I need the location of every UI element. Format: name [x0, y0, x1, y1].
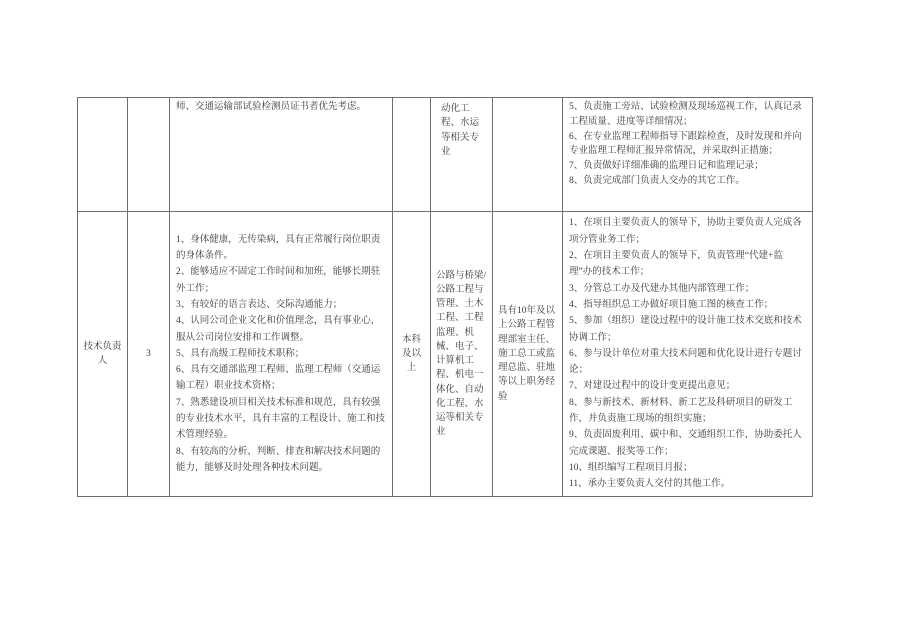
duty-item: 8、负责完成部门负责人交办的其它工作。 — [569, 174, 806, 189]
duty-item: 7、对建设过程中的设计变更提出意见； — [569, 378, 806, 394]
table-row-continuation: 师、交通运输部试验检测员证书者优先考虑。 动化工程、水运等相关专业 5、负责施工… — [78, 98, 813, 212]
experience-cell: 具有10年及以上公路工程管理部室主任、施工总工或监理总监、驻地等以上职务经验 — [493, 212, 563, 497]
headcount-cell: 3 — [128, 212, 170, 497]
duty-item: 8、参与新技术、新材料、新工艺及科研项目的研发工作，并负责施工现场的组织实施； — [569, 395, 806, 428]
requirement-item: 3、有较好的语言表达、交际沟通能力； — [176, 297, 386, 313]
duty-item: 6、在专业监理工程师指导下跟踪检查，及时发现和并向专业监理工程师汇报异常情况，并… — [569, 130, 806, 160]
experience-text: 具有10年及以上公路工程管理部室主任、施工总工或监理总监、驻地等以上职务经验 — [498, 304, 557, 404]
duty-item: 5、负责施工旁站、试验检测及现场巡视工作，认真记录工程质量、进度等详细情况； — [569, 100, 806, 130]
requirement-item: 5、具有高级工程师技术职称； — [176, 346, 386, 362]
position-text: 技术负责人 — [83, 340, 122, 369]
requirement-item: 师、交通运输部试验检测员证书者优先考虑。 — [176, 100, 386, 115]
duties-cell: 1、在项目主要负责人的领导下，协助主要负责人完成各项分管业务工作； 2、在项目主… — [563, 212, 813, 497]
duty-item: 1、在项目主要负责人的领导下，协助主要负责人完成各项分管业务工作； — [569, 215, 806, 248]
table-row-technical-lead: 技术负责人 3 1、身体健康，无传染病，具有正常履行岗位职责的身体条件。 2、能… — [78, 212, 813, 497]
duty-item: 6、参与设计单位对重大技术问题和优化设计进行专题讨论； — [569, 346, 806, 379]
duties-cell: 5、负责施工旁站、试验检测及现场巡视工作，认真记录工程质量、进度等详细情况； 6… — [563, 98, 813, 212]
headcount-text: 3 — [134, 349, 163, 359]
requirement-item: 2、能够适应不固定工作时间和加班，能够长期驻外工作； — [176, 264, 386, 297]
major-cell: 公路与桥梁/公路工程与管理、土木工程、工程监理、机械、电子、计算机工程、机电一体… — [431, 212, 493, 497]
duty-item: 4、指导组织总工办做好项目施工图的核查工作； — [569, 297, 806, 313]
education-text: 本科及以上 — [398, 333, 425, 376]
requirement-item: 1、身体健康，无传染病，具有正常履行岗位职责的身体条件。 — [176, 232, 386, 265]
major-cell: 动化工程、水运等相关专业 — [431, 98, 493, 212]
requirements-cell: 1、身体健康，无传染病，具有正常履行岗位职责的身体条件。 2、能够适应不固定工作… — [170, 212, 393, 497]
position-cell — [78, 98, 128, 212]
duty-item: 9、负责固废利用、碳中和、交通组织工作，协助委托人完成课题、报奖等工作； — [569, 427, 806, 460]
headcount-cell — [128, 98, 170, 212]
job-positions-table: 师、交通运输部试验检测员证书者优先考虑。 动化工程、水运等相关专业 5、负责施工… — [77, 97, 813, 497]
major-text: 公路与桥梁/公路工程与管理、土木工程、工程监理、机械、电子、计算机工程、机电一体… — [436, 269, 487, 440]
duty-item: 3、分管总工办及代建办其他内部管理工作； — [569, 281, 806, 297]
duty-item: 10、组织编写工程项目月报； — [569, 460, 806, 476]
requirement-item: 6、具有交通部监理工程师、监理工程师（交通运输工程）职业技术资格； — [176, 362, 386, 395]
position-cell: 技术负责人 — [78, 212, 128, 497]
duty-item: 5、参加（组织）建设过程中的设计施工技术交底和技术协调工作； — [569, 313, 806, 346]
document-page: { "colors": { "page_background": "#fffff… — [0, 0, 900, 636]
requirement-item: 7、熟悉建设项目相关技术标准和规范，具有较强的专业技术水平，具有丰富的工程设计、… — [176, 395, 386, 444]
requirements-cell: 师、交通运输部试验检测员证书者优先考虑。 — [170, 98, 393, 212]
major-text: 动化工程、水运等相关专业 — [436, 100, 487, 161]
education-cell: 本科及以上 — [393, 212, 431, 497]
requirement-item: 8、有较高的分析、判断、排查和解决技术问题的能力，能够及时处理各种技术问题。 — [176, 444, 386, 477]
duty-item: 7、负责做好详细准确的监理日记和监理记录； — [569, 159, 806, 174]
duty-item: 11、承办主要负责人交付的其他工作。 — [569, 476, 806, 492]
education-cell — [393, 98, 431, 212]
duty-item: 2、在项目主要负责人的领导下，负责管理“代建+监理”办的技术工作； — [569, 248, 806, 281]
requirement-item: 4、认同公司企业文化和价值理念，具有事业心，服从公司岗位安排和工作调整。 — [176, 313, 386, 346]
experience-cell — [493, 98, 563, 212]
